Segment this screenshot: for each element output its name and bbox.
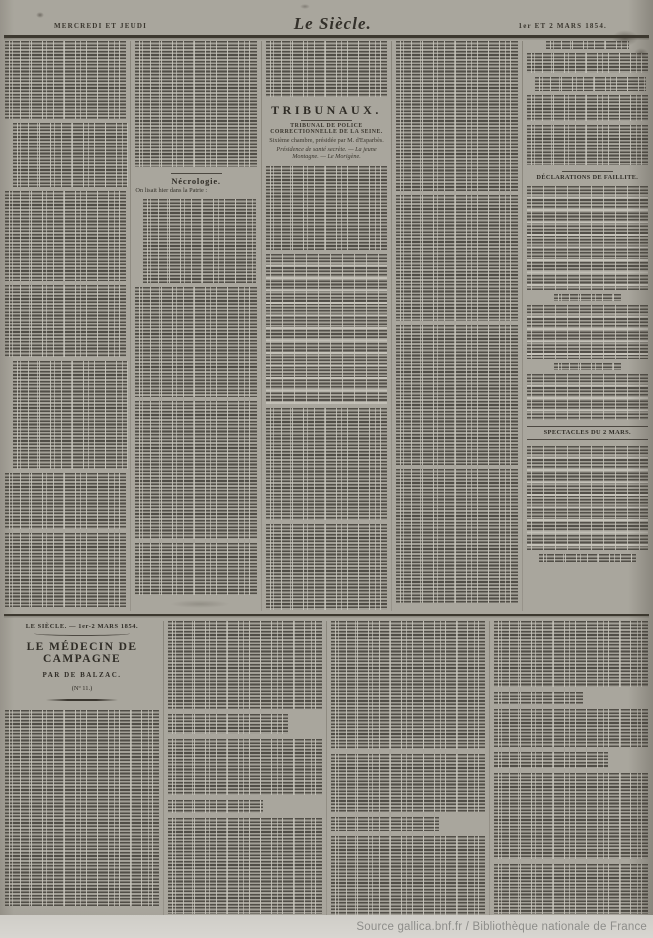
section-rule xyxy=(171,173,222,174)
column-rule xyxy=(489,621,490,921)
feuilleton-column-4 xyxy=(494,621,648,921)
text-block xyxy=(396,41,517,191)
masthead-rule xyxy=(4,35,649,38)
tribunaux-case: Présidence de santé secrète. — La jeune … xyxy=(270,146,383,161)
notice-heading-block xyxy=(546,41,629,49)
text-block xyxy=(5,710,159,906)
spectacles-heading: SPECTACLES DU 2 MARS. xyxy=(527,426,648,440)
feuilleton-part-number: (Nº 11.) xyxy=(5,685,159,692)
feuilleton-byline: PAR DE BALZAC. xyxy=(5,671,159,679)
text-block xyxy=(331,621,485,749)
squiggle-rule xyxy=(34,631,130,636)
column-rule xyxy=(163,621,164,921)
paper-title: Le Siècle. xyxy=(294,14,372,34)
feuilleton-title: LE MÉDECIN DE CAMPAGNE xyxy=(5,641,159,665)
main-columns: Nécrologie. On lisait hier dans la Patri… xyxy=(5,41,648,611)
text-block xyxy=(135,543,256,595)
text-block xyxy=(168,818,322,914)
text-block xyxy=(396,469,517,603)
column-2: Nécrologie. On lisait hier dans la Patri… xyxy=(135,41,256,611)
text-block xyxy=(494,864,648,914)
text-block xyxy=(527,125,648,165)
faillites-section: DÉCLARATIONS DE FAILLITE. xyxy=(527,169,648,182)
text-block xyxy=(396,195,517,321)
text-block xyxy=(135,401,256,539)
text-block xyxy=(143,199,256,283)
rubric-heading-block xyxy=(554,294,621,301)
text-block xyxy=(527,95,648,121)
feuilleton-column-2 xyxy=(168,621,322,921)
feuilleton-header: LE SIÈCLE. — 1er-2 MARS 1854. LE MÉDECIN… xyxy=(5,621,159,705)
text-block xyxy=(168,621,322,709)
attribution-band: Source gallica.bnf.fr / Bibliothèque nat… xyxy=(0,915,653,938)
feuilleton-running-head: LE SIÈCLE. — 1er-2 MARS 1854. xyxy=(5,623,159,630)
text-block xyxy=(331,754,485,812)
source-attribution: Source gallica.bnf.fr / Bibliothèque nat… xyxy=(356,921,647,933)
text-block xyxy=(168,739,322,795)
text-block xyxy=(527,53,648,73)
text-block xyxy=(266,41,387,97)
faillites-entries-block xyxy=(527,186,648,290)
defendant-list-block xyxy=(266,254,387,404)
dialogue-block xyxy=(168,714,288,734)
text-block xyxy=(5,191,126,281)
text-block xyxy=(135,287,256,397)
text-block xyxy=(135,41,256,167)
tribunaux-heading: TRIBUNAUX. xyxy=(266,103,387,118)
entries-block xyxy=(527,305,648,359)
text-block xyxy=(535,77,647,91)
column-1 xyxy=(5,41,126,611)
masthead-date: 1er ET 2 MARS 1854. xyxy=(519,22,647,32)
ornament-rule xyxy=(46,699,118,701)
column-5: DÉCLARATIONS DE FAILLITE. SPECTACLES DU … xyxy=(527,41,648,611)
necrologie-heading: Nécrologie. xyxy=(135,176,256,186)
text-block xyxy=(494,773,648,859)
dialogue-block xyxy=(168,800,263,813)
text-block xyxy=(494,621,648,687)
text-block xyxy=(13,361,128,469)
text-block xyxy=(266,524,387,610)
dialogue-block xyxy=(494,692,583,704)
text-block xyxy=(266,166,387,250)
text-block xyxy=(13,123,128,187)
faillites-heading: DÉCLARATIONS DE FAILLITE. xyxy=(527,174,648,181)
dialogue-block xyxy=(331,817,439,831)
masthead: MERCREDI ET JEUDI Le Siècle. 1er ET 2 MA… xyxy=(6,0,647,32)
section-rule xyxy=(301,120,352,121)
column-rule xyxy=(391,41,392,611)
rubric-heading-block xyxy=(554,363,621,370)
text-block xyxy=(5,533,126,607)
spectacles-list-block xyxy=(527,446,648,550)
feuilleton-columns: LE SIÈCLE. — 1er-2 MARS 1854. LE MÉDECIN… xyxy=(5,621,648,921)
text-block xyxy=(266,408,387,520)
entries-block xyxy=(527,374,648,420)
feuilleton-column-1: LE SIÈCLE. — 1er-2 MARS 1854. LE MÉDECIN… xyxy=(5,621,159,921)
text-block xyxy=(494,709,648,747)
dialogue-block xyxy=(494,752,608,768)
column-rule xyxy=(130,41,131,611)
text-block xyxy=(5,473,126,529)
column-rule xyxy=(522,41,523,611)
section-rule xyxy=(562,171,613,172)
column-4 xyxy=(396,41,517,611)
column-rule xyxy=(261,41,262,611)
tribunaux-chamber: Sixième chambre, présidée par M. d'Espar… xyxy=(266,137,387,144)
text-block xyxy=(5,41,126,119)
feuilleton-rule xyxy=(4,614,649,617)
column-rule xyxy=(326,621,327,921)
imprint-line-block xyxy=(539,554,636,562)
masthead-weekday: MERCREDI ET JEUDI xyxy=(6,22,147,32)
feuilleton-column-3 xyxy=(331,621,485,921)
newspaper-page: MERCREDI ET JEUDI Le Siècle. 1er ET 2 MA… xyxy=(0,0,653,938)
tribunaux-section: TRIBUNAUX. TRIBUNAL DE POLICE CORRECTION… xyxy=(266,101,387,162)
necrologie-intro: On lisait hier dans la Patrie : xyxy=(135,187,256,195)
column-3: TRIBUNAUX. TRIBUNAL DE POLICE CORRECTION… xyxy=(266,41,387,611)
text-block xyxy=(331,836,485,916)
text-block xyxy=(396,325,517,465)
tribunaux-court: TRIBUNAL DE POLICE CORRECTIONNELLE DE LA… xyxy=(266,123,387,135)
text-block xyxy=(5,285,126,357)
necrologie-section: Nécrologie. On lisait hier dans la Patri… xyxy=(135,171,256,195)
